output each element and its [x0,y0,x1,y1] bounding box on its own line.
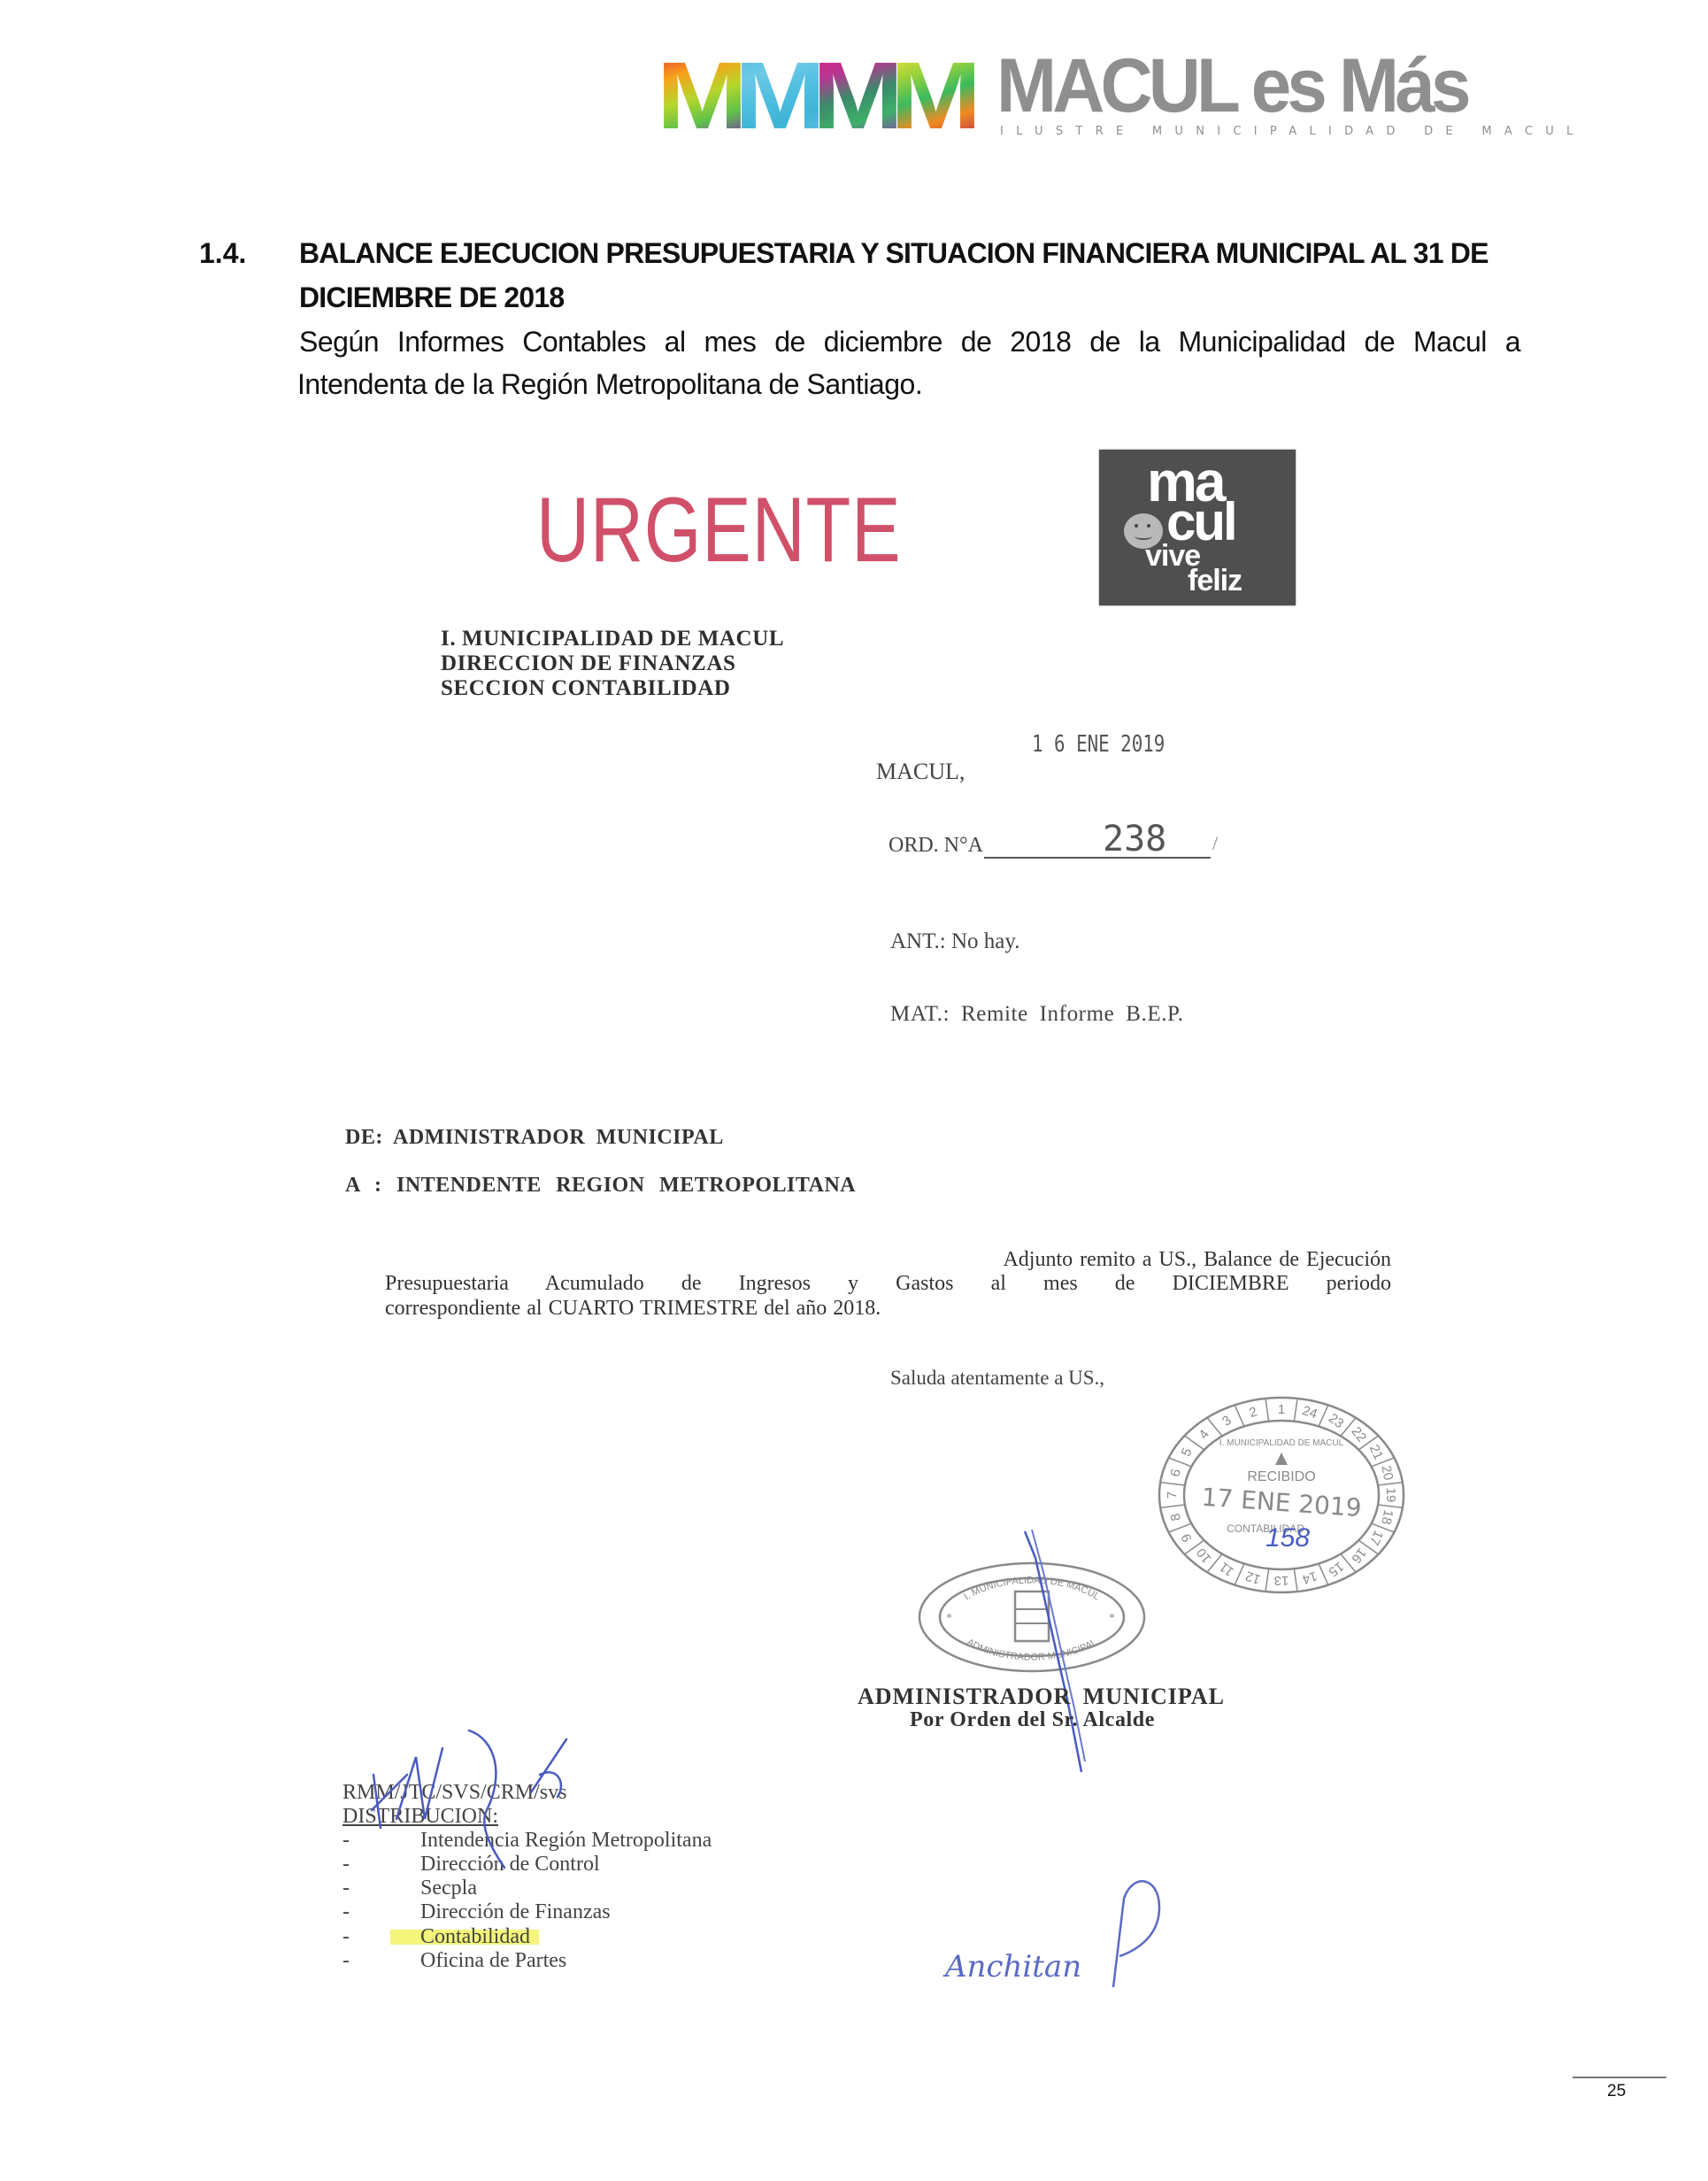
section-number: 1.4. [199,237,246,270]
svg-text:2: 2 [1247,1404,1258,1421]
list-dash: - [342,1877,420,1900]
list-item: -Intendencia Región Metropolitana [342,1829,712,1853]
list-item: -Contabilidad [342,1925,539,1949]
list-text: Oficina de Partes [420,1949,566,1972]
subject-line: MAT.: Remite Informe B.E.P. [890,1002,1184,1027]
stamp-handwritten-number: 158 [1266,1523,1310,1553]
svg-text:4: 4 [1196,1427,1212,1442]
svg-text:22: 22 [1348,1424,1369,1445]
svg-text:12: 12 [1243,1568,1262,1586]
brand-letter: M [890,55,976,136]
signature-text: Anchitan [942,1949,1081,1984]
svg-text:5: 5 [1179,1445,1196,1459]
closing-line: Saluda atentamente a US., [890,1367,1104,1390]
org-line: DIRECCION DE FINANZAS [441,651,735,676]
svg-text:*: * [946,1612,952,1625]
svg-text:24: 24 [1300,1403,1319,1422]
svg-text:11: 11 [1217,1559,1237,1579]
stamp-org: I. MUNICIPALIDAD DE MACUL [1219,1438,1344,1448]
org-line: I. MUNICIPALIDAD DE MACUL [441,627,784,651]
logo-text: feliz [1188,566,1242,595]
svg-text:17: 17 [1366,1528,1386,1547]
list-text: Secpla [420,1877,477,1900]
svg-text:19: 19 [1383,1488,1398,1503]
brand-letter: M [657,55,742,136]
svg-text:21: 21 [1366,1443,1386,1462]
svg-text:3: 3 [1219,1413,1235,1430]
stamp-date: 17 ENE 2019 [1201,1483,1363,1523]
list-item: -Secpla [342,1877,477,1900]
org-line: SECCION CONTABILIDAD [441,676,731,701]
list-item: -Dirección de Control [342,1853,600,1877]
list-dash: - [342,1853,420,1877]
ord-number: 238 [1103,819,1166,859]
list-item: -Dirección de Finanzas [342,1900,611,1924]
macul-vive-feliz-logo: ma cul vive feliz [1099,450,1296,605]
brand-letter: M [812,55,898,136]
svg-text:1: 1 [1278,1402,1285,1417]
ord-underline [984,857,1211,859]
list-item: -Oficina de Partes [342,1949,566,1973]
svg-text:14: 14 [1300,1568,1319,1586]
svg-text:10: 10 [1194,1545,1215,1566]
svg-text:6: 6 [1168,1468,1184,1478]
date-stamp: 1 6 ENE 2019 [1032,731,1165,758]
svg-text:*: * [1109,1612,1115,1625]
list-dash: - [342,1949,420,1973]
handwritten-signature: Anchitan [938,1863,1177,1996]
signer-subtitle: Por Orden del Sr. Alcalde [910,1708,1155,1732]
footer-rule [1573,2077,1666,2078]
distribution-label: DISTRIBUCION: [342,1805,498,1829]
ord-label: ORD. N°A [889,834,983,858]
ord-slash: / [1212,832,1218,855]
svg-text:15: 15 [1326,1559,1347,1580]
brand-name: MACUL es Más [996,42,1467,130]
letter-body: correspondiente al CUARTO TRIMESTRE del … [385,1297,881,1321]
svg-text:9: 9 [1179,1531,1196,1545]
place-label: MACUL, [876,759,965,785]
brand-letter: M [735,55,820,136]
section-title-continued: DICIEMBRE DE 2018 [299,281,564,314]
received-stamp: 123456789101112131415161718192021222324 … [1155,1394,1408,1596]
antecedent-line: ANT.: No hay. [890,929,1020,954]
svg-text:8: 8 [1168,1512,1184,1522]
intro-paragraph-continued: Intendenta de la Región Metropolitana de… [297,368,922,401]
svg-text:23: 23 [1326,1411,1347,1432]
svg-text:20: 20 [1378,1464,1396,1482]
brand-logo-mmmm: M M M M [662,55,973,136]
list-dash: - [342,1900,420,1924]
list-dash: - [342,1829,420,1853]
svg-text:7: 7 [1165,1491,1180,1499]
svg-text:13: 13 [1274,1573,1289,1588]
urgent-stamp: URGENTE [536,478,901,583]
list-text-highlighted: Contabilidad [390,1925,539,1948]
from-line: DE: ADMINISTRADOR MUNICIPAL [345,1126,724,1150]
letter-body: Presupuestaria Acumulado de Ingresos y G… [385,1272,1391,1296]
intro-paragraph: Según Informes Contables al mes de dicie… [299,326,1520,358]
svg-text:I. MUNICIPALIDAD DE MACUL: I. MUNICIPALIDAD DE MACUL [962,1576,1101,1603]
stamp-label: RECIBIDO [1247,1469,1315,1484]
signer-title: ADMINISTRADOR MUNICIPAL [858,1684,1225,1710]
svg-text:18: 18 [1378,1508,1396,1526]
list-text: Dirección de Finanzas [420,1900,611,1923]
administrator-stamp: I. MUNICIPALIDAD DE MACUL ADMINISTRADOR … [916,1560,1148,1675]
list-text: Dirección de Control [420,1853,600,1876]
svg-text:16: 16 [1348,1545,1369,1566]
brand-subtitle: ILUSTRE MUNICIPALIDAD DE MACUL [1000,125,1586,138]
letter-body: Adjunto remito a US., Balance de Ejecuci… [385,1248,1391,1272]
section-title: BALANCE EJECUCION PRESUPUESTARIA Y SITUA… [299,237,1489,270]
list-text: Intendencia Región Metropolitana [420,1829,712,1852]
reference-initials: RMM/JTC/SVS/CRM/svs [342,1781,566,1805]
admin-stamp-top: I. MUNICIPALIDAD DE MACUL [962,1576,1101,1603]
page-number: 25 [1607,2082,1626,2101]
to-line: A : INTENDENTE REGION METROPOLITANA [345,1174,856,1198]
